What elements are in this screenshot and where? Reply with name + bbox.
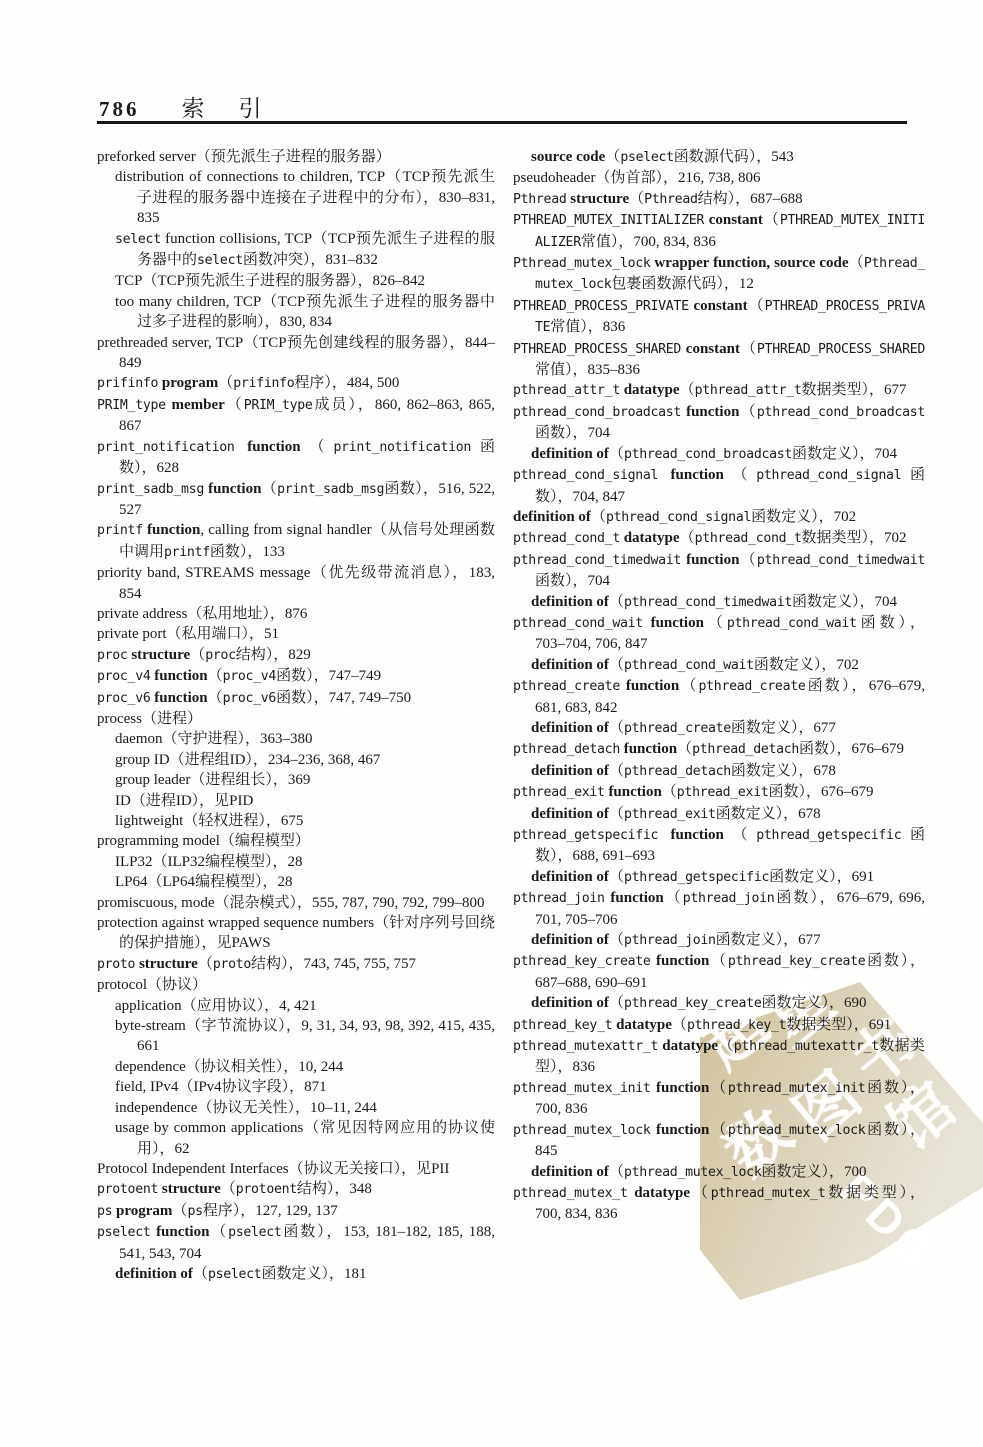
index-entry: usage by common applications（常见因特网应用的协议使… (97, 1118, 495, 1159)
index-entry: pthread_exit function（pthread_exit函数），67… (513, 782, 925, 803)
index-entry: source code（pselect函数源代码），543 (513, 147, 925, 168)
index-entry: proc_v6 function（proc_v6函数），747, 749–750 (97, 688, 495, 709)
index-entry: process（进程） (97, 709, 495, 729)
index-entry: pthread_join function（pthread_join函数），67… (513, 888, 925, 930)
index-entry: ILP32（ILP32编程模型），28 (97, 852, 495, 872)
index-entry: pseudoheader（伪首部），216, 738, 806 (513, 168, 925, 188)
index-entry: field, IPv4（IPv4协议字段），871 (97, 1077, 495, 1097)
index-entry: priority band, STREAMS message（优先级带流消息），… (97, 563, 495, 604)
index-entry: definition of（pselect函数定义），181 (97, 1264, 495, 1285)
book-page: 超 星 数 图 书 馆 PDG 786 索引 preforked server（… (0, 0, 983, 1447)
index-entry: group leader（进程组长），369 (97, 770, 495, 790)
index-entry: pthread_mutex_t datatype（pthread_mutex_t… (513, 1183, 925, 1225)
index-entry: pthread_mutexattr_t datatype（pthread_mut… (513, 1036, 925, 1078)
header-rule (97, 121, 907, 124)
index-entry: pthread_cond_broadcast function（pthread_… (513, 402, 925, 444)
index-entry: independence（协议无关性），10–11, 244 (97, 1098, 495, 1118)
index-entry: too many children, TCP（TCP预先派生子进程的服务器中过多… (97, 292, 495, 333)
index-entry: dependence（协议相关性），10, 244 (97, 1057, 495, 1077)
index-entry: pthread_getspecific function（pthread_get… (513, 825, 925, 867)
index-column-right: source code（pselect函数源代码），543pseudoheade… (513, 147, 925, 1225)
index-entry: definition of（pthread_detach函数定义），678 (513, 761, 925, 782)
index-entry: Protocol Independent Interfaces（协议无关接口），… (97, 1159, 495, 1179)
index-entry: programming model（编程模型） (97, 831, 495, 851)
index-entry: pthread_cond_wait function（pthread_cond_… (513, 613, 925, 655)
index-entry: PRIM_type member（PRIM_type成员），860, 862–8… (97, 395, 495, 437)
index-entry: promiscuous, mode（混杂模式），555, 787, 790, 7… (97, 893, 495, 913)
index-entry: print_sadb_msg function（print_sadb_msg函数… (97, 479, 495, 521)
index-entry: prethreaded server, TCP（TCP预先创建线程的服务器），8… (97, 333, 495, 374)
index-entry: proto structure（proto结构），743, 745, 755, … (97, 954, 495, 975)
index-entry: pthread_detach function（pthread_detach函数… (513, 739, 925, 760)
index-entry: pthread_attr_t datatype（pthread_attr_t数据… (513, 380, 925, 401)
index-entry: definition of（pthread_join函数定义），677 (513, 930, 925, 951)
index-entry: definition of（pthread_cond_wait函数定义），702 (513, 655, 925, 676)
index-entry: definition of（pthread_mutex_lock函数定义），70… (513, 1162, 925, 1183)
index-entry: private address（私用地址），876 (97, 604, 495, 624)
page-header: 786 索引 (99, 90, 296, 123)
index-entry: LP64（LP64编程模型），28 (97, 872, 495, 892)
index-entry: proc_v4 function（proc_v4函数），747–749 (97, 666, 495, 687)
index-entry: pthread_create function（pthread_create函数… (513, 676, 925, 718)
page-title: 索引 (182, 90, 296, 123)
index-entry: PTHREAD_PROCESS_SHARED constant（PTHREAD_… (513, 339, 925, 381)
index-entry: pthread_key_create function（pthread_key_… (513, 951, 925, 993)
index-entry: proc structure（proc结构），829 (97, 645, 495, 666)
index-entry: group ID（进程组ID），234–236, 368, 467 (97, 750, 495, 770)
index-entry: pthread_cond_signal function（pthread_con… (513, 465, 925, 507)
index-entry: application（应用协议），4, 421 (97, 996, 495, 1016)
index-entry: print_notification function（print_notifi… (97, 437, 495, 479)
index-entry: private port（私用端口），51 (97, 624, 495, 644)
index-entry: definition of（pthread_cond_broadcast函数定义… (513, 444, 925, 465)
index-entry: definition of（pthread_create函数定义），677 (513, 718, 925, 739)
index-entry: definition of（pthread_cond_signal函数定义），7… (513, 507, 925, 528)
index-column-left: preforked server（预先派生子进程的服务器）distributio… (97, 147, 495, 1285)
index-entry: prifinfo program（prifinfo程序），484, 500 (97, 373, 495, 394)
index-entry: definition of（pthread_cond_timedwait函数定义… (513, 592, 925, 613)
index-entry: PTHREAD_PROCESS_PRIVATE constant（PTHREAD… (513, 296, 925, 339)
index-entry: protoent structure（protoent结构），348 (97, 1179, 495, 1200)
index-entry: PTHREAD_MUTEX_INITIALIZER constant（PTHRE… (513, 210, 925, 253)
index-entry: pthread_cond_t datatype（pthread_cond_t数据… (513, 528, 925, 549)
index-entry: preforked server（预先派生子进程的服务器） (97, 147, 495, 167)
index-entry: byte-stream（字节流协议），9, 31, 34, 93, 98, 39… (97, 1016, 495, 1057)
index-entry: protocol（协议） (97, 975, 495, 995)
index-entry: ps program（ps程序），127, 129, 137 (97, 1201, 495, 1222)
index-entry: definition of（pthread_key_create函数定义），69… (513, 993, 925, 1014)
page-number: 786 (99, 97, 140, 122)
index-entry: select function collisions, TCP（TCP预先派生子… (97, 229, 495, 272)
index-entry: daemon（守护进程），363–380 (97, 729, 495, 749)
index-entry: Pthread_mutex_lock wrapper function, sou… (513, 253, 925, 296)
index-entry: pselect function（pselect函数），153, 181–182… (97, 1222, 495, 1264)
index-entry: pthread_cond_timedwait function（pthread_… (513, 550, 925, 592)
index-entry: distribution of connections to children,… (97, 167, 495, 228)
index-entry: printf function, calling from signal han… (97, 520, 495, 563)
index-entry: pthread_mutex_init function（pthread_mute… (513, 1078, 925, 1120)
index-entry: pthread_mutex_lock function（pthread_mute… (513, 1120, 925, 1162)
index-entry: definition of（pthread_exit函数定义），678 (513, 804, 925, 825)
index-entry: ID（进程ID），见PID (97, 791, 495, 811)
index-entry: TCP（TCP预先派生子进程的服务器），826–842 (97, 271, 495, 291)
index-entry: lightweight（轻权进程），675 (97, 811, 495, 831)
index-entry: pthread_key_t datatype（pthread_key_t数据类型… (513, 1015, 925, 1036)
index-entry: definition of（pthread_getspecific函数定义），6… (513, 867, 925, 888)
index-entry: protection against wrapped sequence numb… (97, 913, 495, 954)
index-entry: Pthread structure（Pthread结构），687–688 (513, 189, 925, 210)
